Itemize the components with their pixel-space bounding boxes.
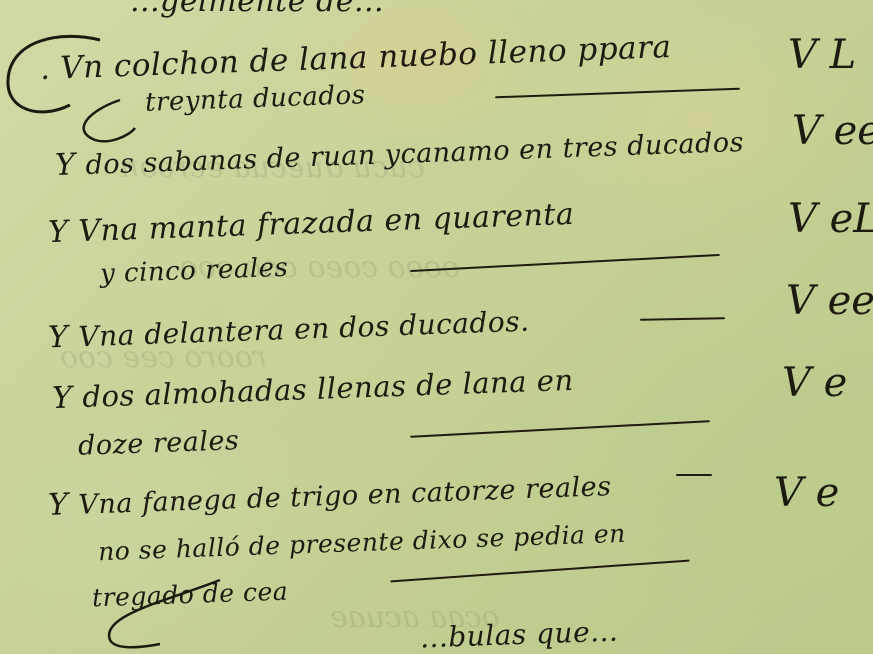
entry-3-line-1: YVna manta frazada en quarenta [48,197,575,250]
margin-mark: V e [774,470,839,516]
entry-5-line-2: doze reales [78,425,240,462]
margin-column: V L V ee V eL V ee V e V e [780,0,873,654]
margin-mark: V e [782,360,847,406]
line-filler-rule [676,474,712,476]
entry-marker: Y [48,214,70,250]
entry-marker: . [40,52,51,87]
margin-mark: V eL [788,196,873,242]
entry-1-line-1: .Vn colchon de lana nuebo lleno ppara [40,29,672,87]
manuscript-page: cucu duecua ecrcon oooo coeo ooo ooo roo… [0,0,873,654]
footer-fragment: ...bulas que... [419,615,618,654]
line-filler-rule [640,317,725,320]
entry-marker: Y [48,320,70,356]
line-filler-rule [390,560,689,583]
entry-4-line-1: YVna delantera en dos ducados. [48,304,531,356]
entry-6-line-2: no se halló de presente dixo se pedia en [98,519,627,566]
margin-mark: V ee [792,108,873,154]
margin-mark: V L [788,32,856,78]
entry-marker: Y [48,487,70,523]
entry-marker: Y [55,147,77,183]
entry-1-line-2: treynta ducados [145,80,366,118]
entry-marker: Y [52,380,74,416]
entry-6-line-1: YVna fanega de trigo en catorze reales [48,468,612,523]
line-filler-rule [410,420,710,438]
header-fragment: ...gelmente de... [130,0,384,19]
line-filler-rule [495,88,740,99]
entry-6-line-3: tregado de cea [92,577,289,613]
margin-mark: V ee [786,278,873,324]
